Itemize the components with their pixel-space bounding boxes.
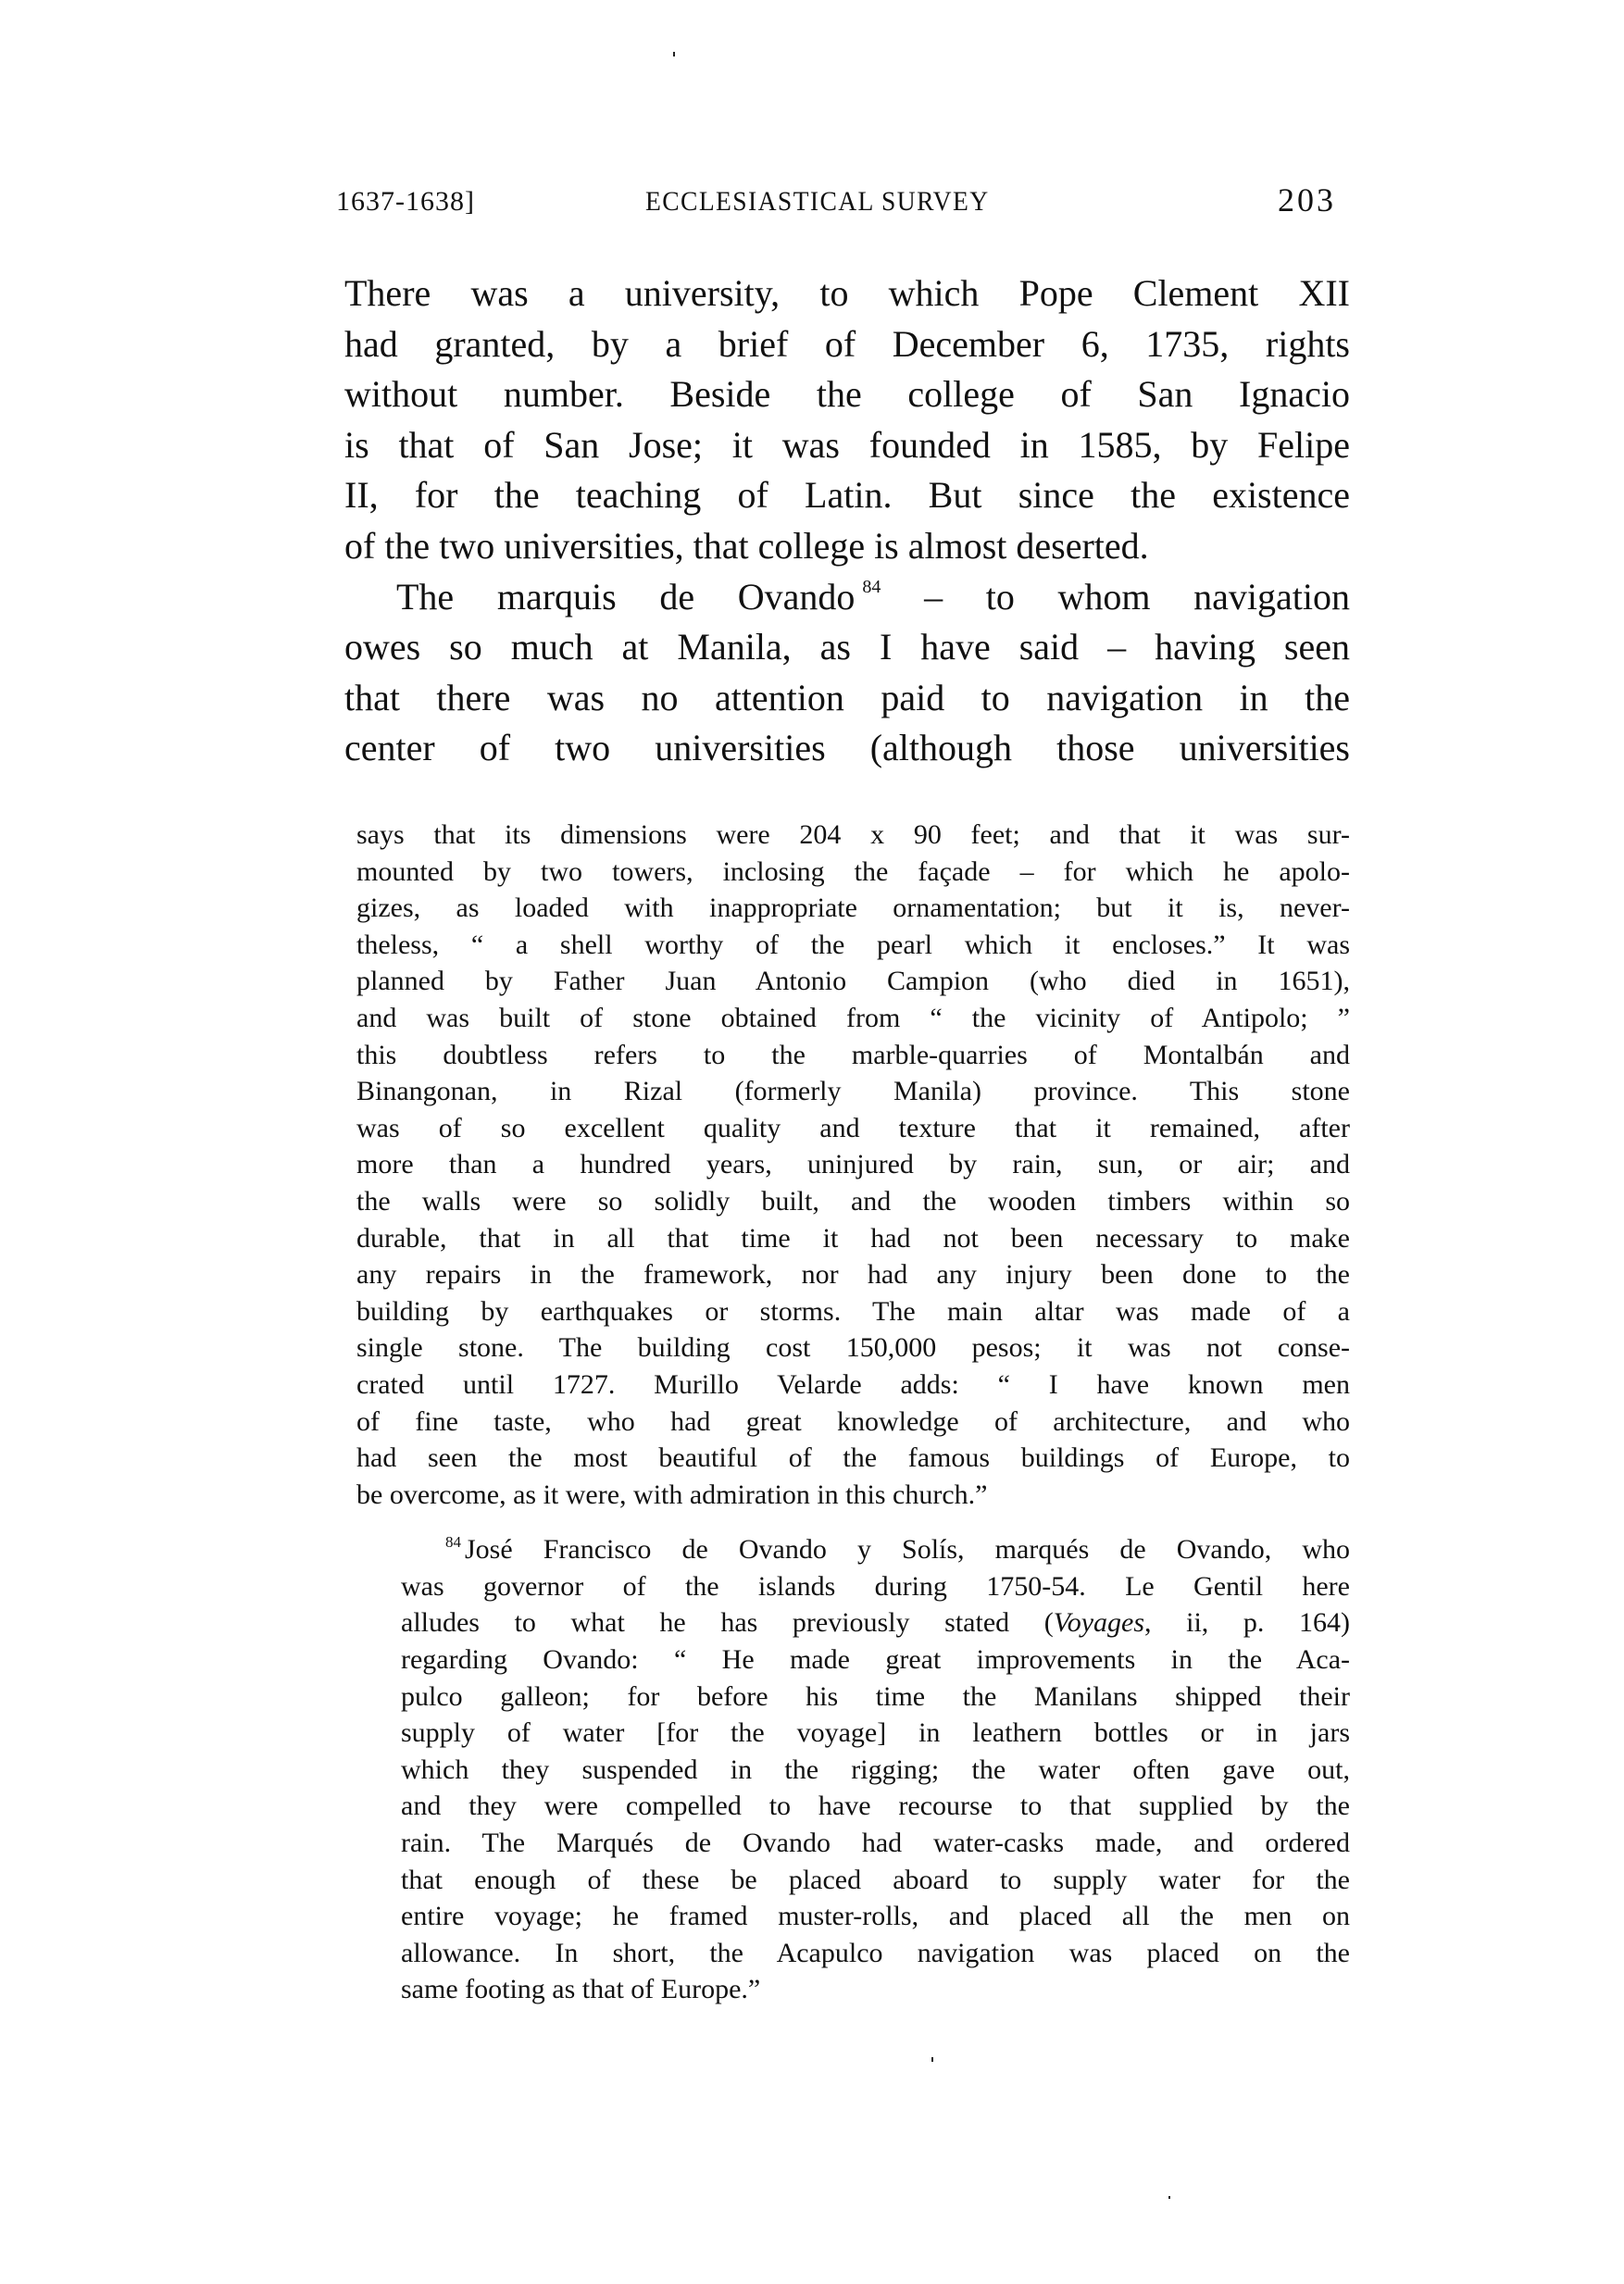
footnote-line: allowance. In short, the Acapulco naviga… — [356, 1935, 1350, 1972]
text-line: The marquis de Ovando84 – to whom naviga… — [344, 572, 1350, 623]
footnote-line: 84José Francisco de Ovando y Solís, marq… — [356, 1531, 1350, 1568]
text-fragment: The marquis de Ovando — [396, 576, 855, 618]
page-number: 203 — [1278, 180, 1336, 220]
text-fragment: , ii, p. 164) — [1144, 1607, 1350, 1638]
italic-title: Voyages — [1054, 1607, 1144, 1638]
text-fragment: José Francisco de Ovando y Solís, marqué… — [465, 1534, 1350, 1565]
text-line: II, for the teaching of Latin. But since… — [344, 470, 1350, 521]
footnote-continued: says that its dimensions were 204 x 90 f… — [356, 817, 1350, 1513]
footnote-line: crated until 1727. Murillo Velarde adds:… — [356, 1367, 1350, 1404]
footnote-line: planned by Father Juan Antonio Campion (… — [356, 963, 1350, 1000]
text-fragment: alludes to what he has previously stated… — [401, 1607, 1054, 1638]
footnote-line: gizes, as loaded with inappropriate orna… — [356, 890, 1350, 927]
scan-speck — [673, 52, 675, 56]
footnote-line: single stone. The building cost 150,000 … — [356, 1329, 1350, 1367]
text-line: owes so much at Manila, as I have said –… — [344, 622, 1350, 673]
footnote-line: any repairs in the framework, nor had an… — [356, 1256, 1350, 1293]
footnote-line: was of so excellent quality and texture … — [356, 1110, 1350, 1147]
footnote-line: supply of water [for the voyage] in leat… — [356, 1715, 1350, 1752]
footnote-line: says that its dimensions were 204 x 90 f… — [356, 817, 1350, 854]
footnotes: says that its dimensions were 204 x 90 f… — [356, 817, 1350, 2008]
text-line: without number. Beside the college of Sa… — [344, 369, 1350, 420]
footnote-line: pulco galleon; for before his time the M… — [356, 1679, 1350, 1716]
footnote-reference-84[interactable]: 84 — [862, 577, 881, 597]
scan-speck — [931, 2057, 933, 2062]
text-line: is that of San Jose; it was founded in 1… — [344, 420, 1350, 471]
footnote-line: regarding Ovando: “ He made great improv… — [356, 1641, 1350, 1679]
footnote-line: this doubtless refers to the marble-quar… — [356, 1037, 1350, 1074]
footnote-line: more than a hundred years, uninjured by … — [356, 1146, 1350, 1183]
text-line: of the two universities, that college is… — [344, 521, 1350, 572]
text-line: center of two universities (although tho… — [344, 723, 1350, 774]
footnote-line: building by earthquakes or storms. The m… — [356, 1293, 1350, 1330]
footnote-line: theless, “ a shell worthy of the pearl w… — [356, 927, 1350, 964]
footnote-line: Binangonan, in Rizal (formerly Manila) p… — [356, 1073, 1350, 1110]
footnote-line: which they suspended in the rigging; the… — [356, 1752, 1350, 1789]
footnote-line: durable, that in all that time it had no… — [356, 1220, 1350, 1257]
text-line: had granted, by a brief of December 6, 1… — [344, 319, 1350, 370]
footnote-line: had seen the most beautiful of the famou… — [356, 1440, 1350, 1477]
text-line: There was a university, to which Pope Cl… — [344, 268, 1350, 319]
footnote-line: of fine taste, who had great knowledge o… — [356, 1404, 1350, 1441]
main-text: There was a university, to which Pope Cl… — [344, 268, 1350, 774]
footnote-line: be overcome, as it were, with admiration… — [356, 1477, 1350, 1514]
paragraph-1: There was a university, to which Pope Cl… — [344, 268, 1350, 572]
footnote-line: same footing as that of Europe.” — [356, 1971, 1350, 2008]
footnote-line: mounted by two towers, inclosing the faç… — [356, 854, 1350, 891]
footnote-line: and was built of stone obtained from “ t… — [356, 1000, 1350, 1037]
footnote-line: rain. The Marqués de Ovando had water-ca… — [356, 1825, 1350, 1862]
footnote-line: that enough of these be placed aboard to… — [356, 1862, 1350, 1899]
footnote-line: alludes to what he has previously stated… — [356, 1604, 1350, 1641]
footnote-84: 84José Francisco de Ovando y Solís, marq… — [356, 1531, 1350, 2008]
footnote-line: was governor of the islands during 1750-… — [356, 1568, 1350, 1605]
text-line: that there was no attention paid to navi… — [344, 673, 1350, 724]
footnote-line: the walls were so solidly built, and the… — [356, 1183, 1350, 1220]
text-fragment: – to whom navigation — [924, 576, 1350, 618]
paragraph-2: The marquis de Ovando84 – to whom naviga… — [344, 572, 1350, 774]
footnote-line: and they were compelled to have recourse… — [356, 1788, 1350, 1825]
footnote-line: entire voyage; he framed muster-rolls, a… — [356, 1898, 1350, 1935]
scan-speck — [1168, 2196, 1170, 2199]
header-date-range: 1637-1638] — [336, 181, 475, 222]
footnote-marker: 84 — [445, 1533, 461, 1551]
header-running-title: ECCLESIASTICAL SURVEY — [645, 181, 990, 222]
running-header: 1637-1638] ECCLESIASTICAL SURVEY 203 — [336, 181, 1345, 222]
